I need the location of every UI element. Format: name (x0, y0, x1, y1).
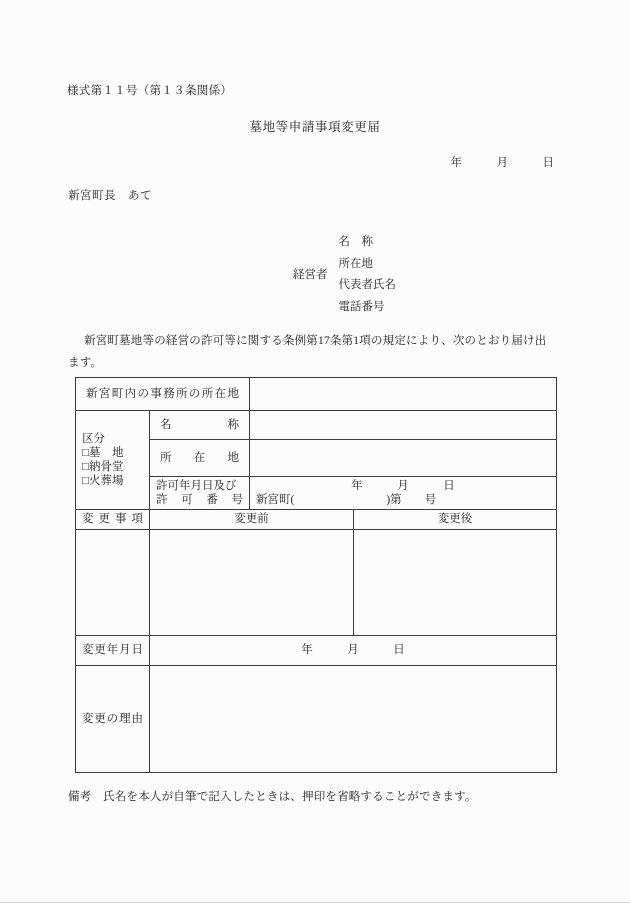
change-item-header: 変更事項 (76, 510, 150, 530)
permit-number-value: 新宮町( )第 号 (256, 493, 550, 508)
form-number: 様式第１１号（第１３条関係） (67, 84, 232, 99)
category-option-cemetery: □墓 地 (82, 446, 143, 460)
change-reason-label: 変更の理由 (76, 666, 150, 773)
office-location-label: 新宮町内の事務所の所在地 (76, 378, 250, 411)
change-before-header: 変更前 (150, 510, 354, 530)
change-entry-row (76, 530, 557, 636)
office-location-row: 新宮町内の事務所の所在地 (76, 378, 557, 411)
submission-date-line: 年 月 日 (451, 156, 555, 171)
category-label: 区分 (82, 432, 143, 446)
change-after-header: 変更後 (354, 510, 557, 530)
change-date-value: 年 月 日 (150, 636, 557, 666)
operator-field-name: 名 称 (339, 232, 397, 254)
remarks-note: 備考 氏名を本人が自筆で記入したときは、押印を省略することができます。 (68, 790, 477, 805)
office-location-value (250, 378, 557, 411)
operator-field-representative: 代表者氏名 (339, 275, 397, 297)
facility-location-label: 所在地 (150, 440, 250, 477)
facility-name-label: 名称 (150, 411, 250, 440)
operator-block: 経営者 名 称 所在地 代表者氏名 電話番号 (293, 232, 396, 318)
operator-fields: 名 称 所在地 代表者氏名 電話番号 (339, 232, 397, 318)
permit-date-value: 年 月 日 (256, 479, 550, 494)
form-table: 新宮町内の事務所の所在地 区分 □墓 地 □納骨堂 □火葬場 名称 所在地 (75, 377, 557, 773)
change-item-value (76, 530, 150, 636)
addressee-line: 新宮町長 あて (68, 189, 152, 204)
category-option-charnel: □納骨堂 (82, 460, 143, 474)
document-title: 墓地等申請事項変更届 (0, 119, 630, 135)
change-after-value (354, 530, 557, 636)
facility-name-row: 区分 □墓 地 □納骨堂 □火葬場 名称 (76, 411, 557, 440)
permit-label-cell: 許可年月日及び 許可番号 (150, 477, 250, 510)
change-date-row: 変更年月日 年 月 日 (76, 636, 557, 666)
operator-field-address: 所在地 (339, 254, 397, 276)
facility-name-value (250, 411, 557, 440)
facility-location-value (250, 440, 557, 477)
category-cell: 区分 □墓 地 □納骨堂 □火葬場 (76, 411, 150, 510)
change-before-value (150, 530, 354, 636)
permit-label-line2: 許可番号 (156, 493, 243, 508)
permit-label-line1: 許可年月日及び (156, 479, 243, 494)
change-date-label: 変更年月日 (76, 636, 150, 666)
permit-value-cell: 年 月 日 新宮町( )第 号 (250, 477, 557, 510)
change-reason-value (150, 666, 557, 773)
document-page: 様式第１１号（第１３条関係） 墓地等申請事項変更届 年 月 日 新宮町長 あて … (0, 0, 630, 903)
operator-field-phone: 電話番号 (339, 297, 397, 319)
change-reason-row: 変更の理由 (76, 666, 557, 773)
intro-paragraph: 新宮町墓地等の経営の許可等に関する条例第17条第1項の規定により、次のとおり届け… (68, 330, 557, 374)
change-header-row: 変更事項 変更前 変更後 (76, 510, 557, 530)
category-option-crematory: □火葬場 (82, 474, 143, 488)
operator-label: 経営者 (293, 268, 328, 283)
